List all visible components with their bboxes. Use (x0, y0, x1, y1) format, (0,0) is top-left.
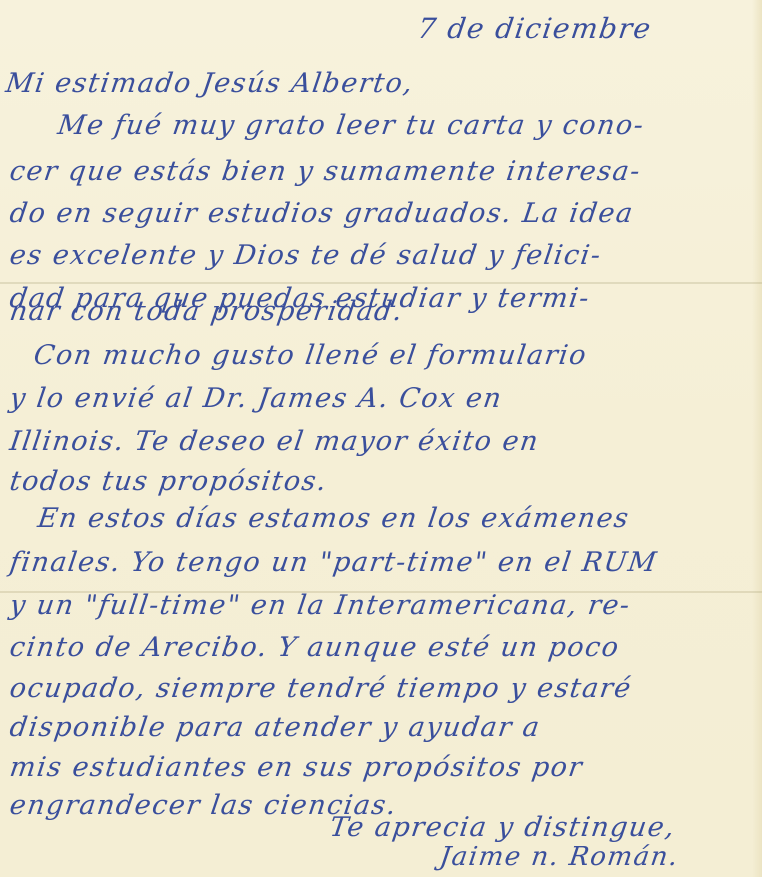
body-line: mis estudiantes en sus propósitos por (8, 752, 585, 783)
body-line: Illinois. Te deseo el mayor éxito en (8, 426, 541, 457)
body-line: En estos días estamos en los exámenes (36, 503, 632, 534)
body-line: cer que estás bien y sumamente interesa- (8, 156, 643, 187)
letter-date: 7 de diciembre (416, 12, 654, 45)
body-line: cinto de Arecibo. Y aunque esté un poco (8, 632, 622, 663)
body-line: Con mucho gusto llené el formulario (32, 340, 589, 371)
letter-page: 7 de diciembre Mi estimado Jesús Alberto… (0, 0, 762, 877)
body-line: y un "full-time" en la Interamericana, r… (8, 590, 633, 621)
body-line: es excelente y Dios te dé salud y felici… (8, 240, 604, 271)
paper-edge (752, 0, 762, 877)
body-line: finales. Yo tengo un "part-time" en el R… (8, 547, 660, 578)
body-line: ocupado, siempre tendré tiempo y estaré (8, 673, 634, 704)
letter-salutation: Mi estimado Jesús Alberto, (4, 68, 416, 99)
body-line: Me fué muy grato leer tu carta y cono- (56, 110, 647, 141)
body-line: disponible para atender y ayudar a (8, 712, 543, 743)
body-line: do en seguir estudios graduados. La idea (8, 198, 636, 229)
body-line: y lo envié al Dr. James A. Cox en (8, 383, 505, 414)
letter-closing: Te aprecia y distingue, (328, 812, 678, 843)
letter-signature: Jaime n. Román. (438, 842, 681, 872)
body-line: todos tus propósitos. (8, 466, 330, 497)
body-line: nar con toda prosperidad. (8, 296, 406, 327)
